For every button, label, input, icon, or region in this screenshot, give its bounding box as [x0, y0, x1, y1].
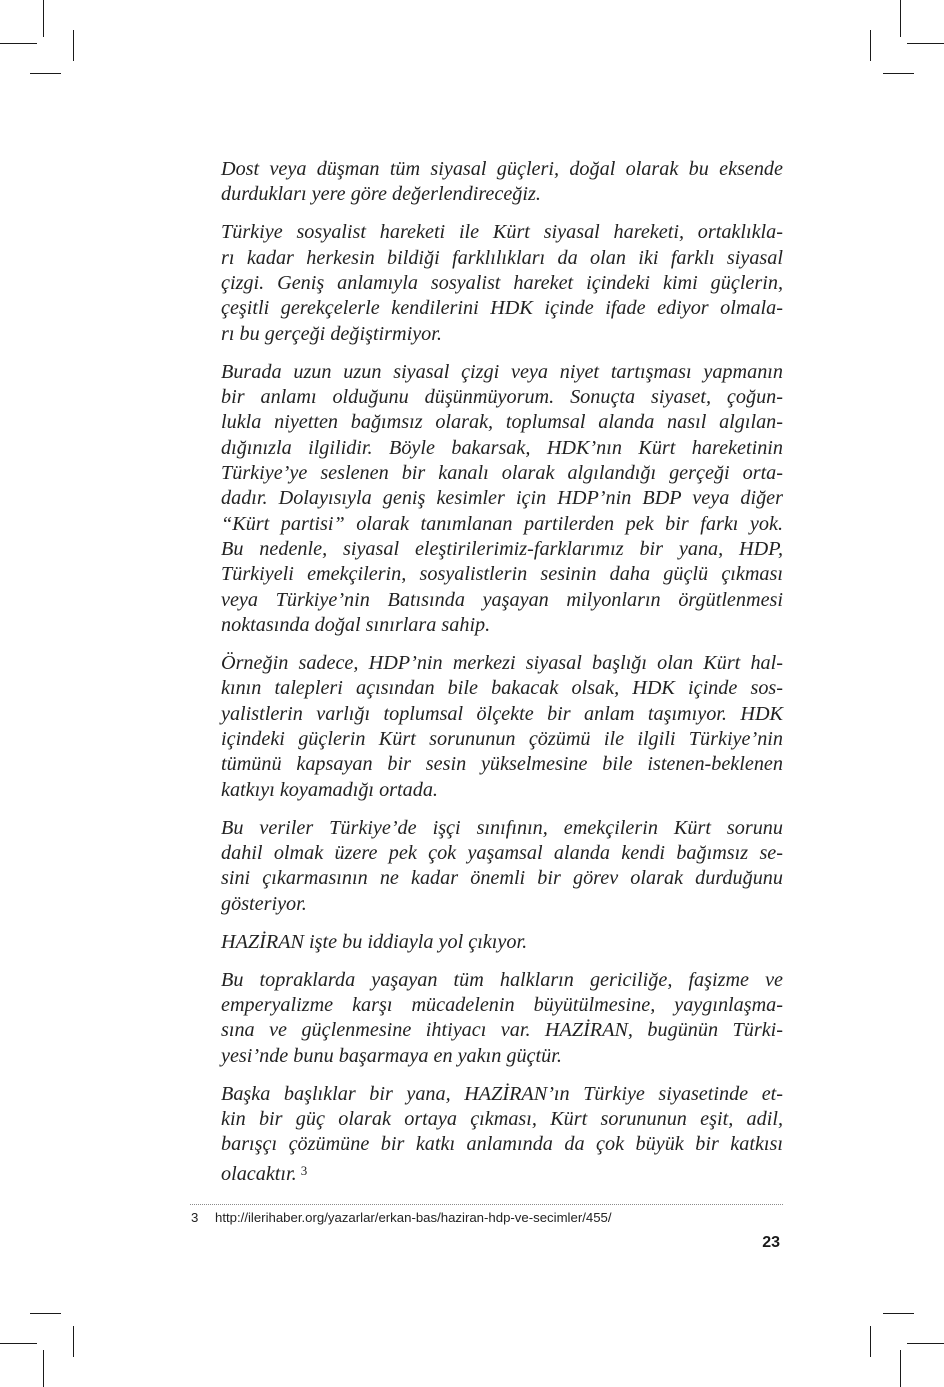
text-line: HAZİRAN işte bu iddiayla yol çıkıyor.	[221, 930, 783, 955]
text-line: rı bu gerçeği değiştirmiyor.	[221, 322, 783, 347]
paragraph: HAZİRAN işte bu iddiayla yol çıkıyor.	[221, 930, 783, 955]
body-text: Dost veya düşman tüm siyasal güçleri, do…	[221, 157, 783, 1195]
text-line: dığınızla ilgilidir. Böyle bakarsak, HDK…	[221, 436, 783, 461]
paragraph: Bu veriler Türkiye’de işçi sınıfının, em…	[221, 816, 783, 917]
text-line: çeşitli gerekçelerle kendilerini HDK içi…	[221, 296, 783, 321]
text-line: rı kadar herkesin bildiği farklılıkları …	[221, 246, 783, 271]
text-line: içindeki güçlerin Kürt sorununun çözümü …	[221, 727, 783, 752]
text-line: barışçı çözümüne bir katkı anlamında da …	[221, 1132, 783, 1157]
crop-mark	[883, 73, 914, 74]
footnote-divider	[190, 1204, 783, 1205]
text-line: Türkiye’ye seslenen bir kanalı olarak al…	[221, 461, 783, 486]
paragraph: Türkiye sosyalist hareketi ile Kürt siya…	[221, 220, 783, 347]
crop-mark	[30, 1313, 61, 1314]
text-line: gösteriyor.	[221, 892, 783, 917]
text-line: emperyalizme karşı mücadelenin büyütülme…	[221, 993, 783, 1018]
text-line: Bu veriler Türkiye’de işçi sınıfının, em…	[221, 816, 783, 841]
footnote-reference[interactable]: 3	[301, 1163, 308, 1178]
crop-mark	[73, 30, 74, 61]
text-line: Başka başlıklar bir yana, HAZİRAN’ın Tür…	[221, 1082, 783, 1107]
crop-mark	[907, 1343, 944, 1344]
text-line: sına ve güçlenmesine ihtiyacı var. HAZİR…	[221, 1018, 783, 1043]
page-number: 23	[740, 1234, 780, 1252]
crop-mark	[870, 1326, 871, 1357]
text-line: Bu nedenle, siyasal eleştirilerimiz-fark…	[221, 537, 783, 562]
text-line: yesi’nde bunu başarmaya en yakın güçtür.	[221, 1044, 783, 1069]
text-line: bir anlamı olduğunu düşünmüyorum. Sonuçt…	[221, 385, 783, 410]
text-line: Türkiye sosyalist hareketi ile Kürt siya…	[221, 220, 783, 245]
text-line: katkıyı koyamadığı ortada.	[221, 778, 783, 803]
footnote-url[interactable]: http://ilerihaber.org/yazarlar/erkan-bas…	[215, 1210, 612, 1225]
text-line: Dost veya düşman tüm siyasal güçleri, do…	[221, 157, 783, 182]
paragraph: Bu topraklarda yaşayan tüm halkların ger…	[221, 968, 783, 1069]
text-line: olacaktır.3	[221, 1158, 783, 1183]
crop-mark	[907, 43, 944, 44]
text-line-content: olacaktır.	[221, 1163, 297, 1185]
crop-mark	[73, 1326, 74, 1357]
crop-mark	[0, 43, 37, 44]
text-line: “Kürt partisi” olarak tanımlanan partile…	[221, 512, 783, 537]
footnote-number: 3	[191, 1210, 215, 1225]
text-line: tümünü kapsayan bir sesin yükselmesine b…	[221, 752, 783, 777]
crop-mark	[0, 1343, 37, 1344]
crop-mark	[43, 0, 44, 37]
text-line: Bu topraklarda yaşayan tüm halkların ger…	[221, 968, 783, 993]
text-line: çizgi. Geniş anlamıyla sosyalist hareket…	[221, 271, 783, 296]
text-line: dahil olmak üzere pek çok yaşamsal aland…	[221, 841, 783, 866]
crop-mark	[883, 1313, 914, 1314]
text-line: Burada uzun uzun siyasal çizgi veya niye…	[221, 360, 783, 385]
text-line: dadır. Dolayısıyla geniş kesimler için H…	[221, 486, 783, 511]
paragraph: Örneğin sadece, HDP’nin merkezi siyasal …	[221, 651, 783, 803]
footnote: 3http://ilerihaber.org/yazarlar/erkan-ba…	[191, 1210, 612, 1225]
crop-mark	[43, 1350, 44, 1387]
crop-mark	[900, 1350, 901, 1387]
crop-mark	[870, 30, 871, 61]
text-line: Örneğin sadece, HDP’nin merkezi siyasal …	[221, 651, 783, 676]
text-line: kin bir güç olarak ortaya çıkması, Kürt …	[221, 1107, 783, 1132]
crop-mark	[900, 0, 901, 37]
text-line: durdukları yere göre değerlendireceğiz.	[221, 182, 783, 207]
text-line: noktasında doğal sınırlara sahip.	[221, 613, 783, 638]
text-line: veya Türkiye’nin Batısında yaşayan milyo…	[221, 588, 783, 613]
paragraph: Dost veya düşman tüm siyasal güçleri, do…	[221, 157, 783, 208]
text-line: sini çıkarmasının ne kadar önemli bir gö…	[221, 866, 783, 891]
paragraph: Başka başlıklar bir yana, HAZİRAN’ın Tür…	[221, 1082, 783, 1183]
paragraph: Burada uzun uzun siyasal çizgi veya niye…	[221, 360, 783, 639]
crop-mark	[30, 73, 61, 74]
text-line: lukla niyetten bağımsız olarak, toplumsa…	[221, 410, 783, 435]
text-line: kının talepleri açısından bile bakacak o…	[221, 676, 783, 701]
text-line: yalistlerin varlığı toplumsal ölçekte bi…	[221, 702, 783, 727]
text-line: Türkiyeli emekçilerin, sosyalistlerin se…	[221, 562, 783, 587]
